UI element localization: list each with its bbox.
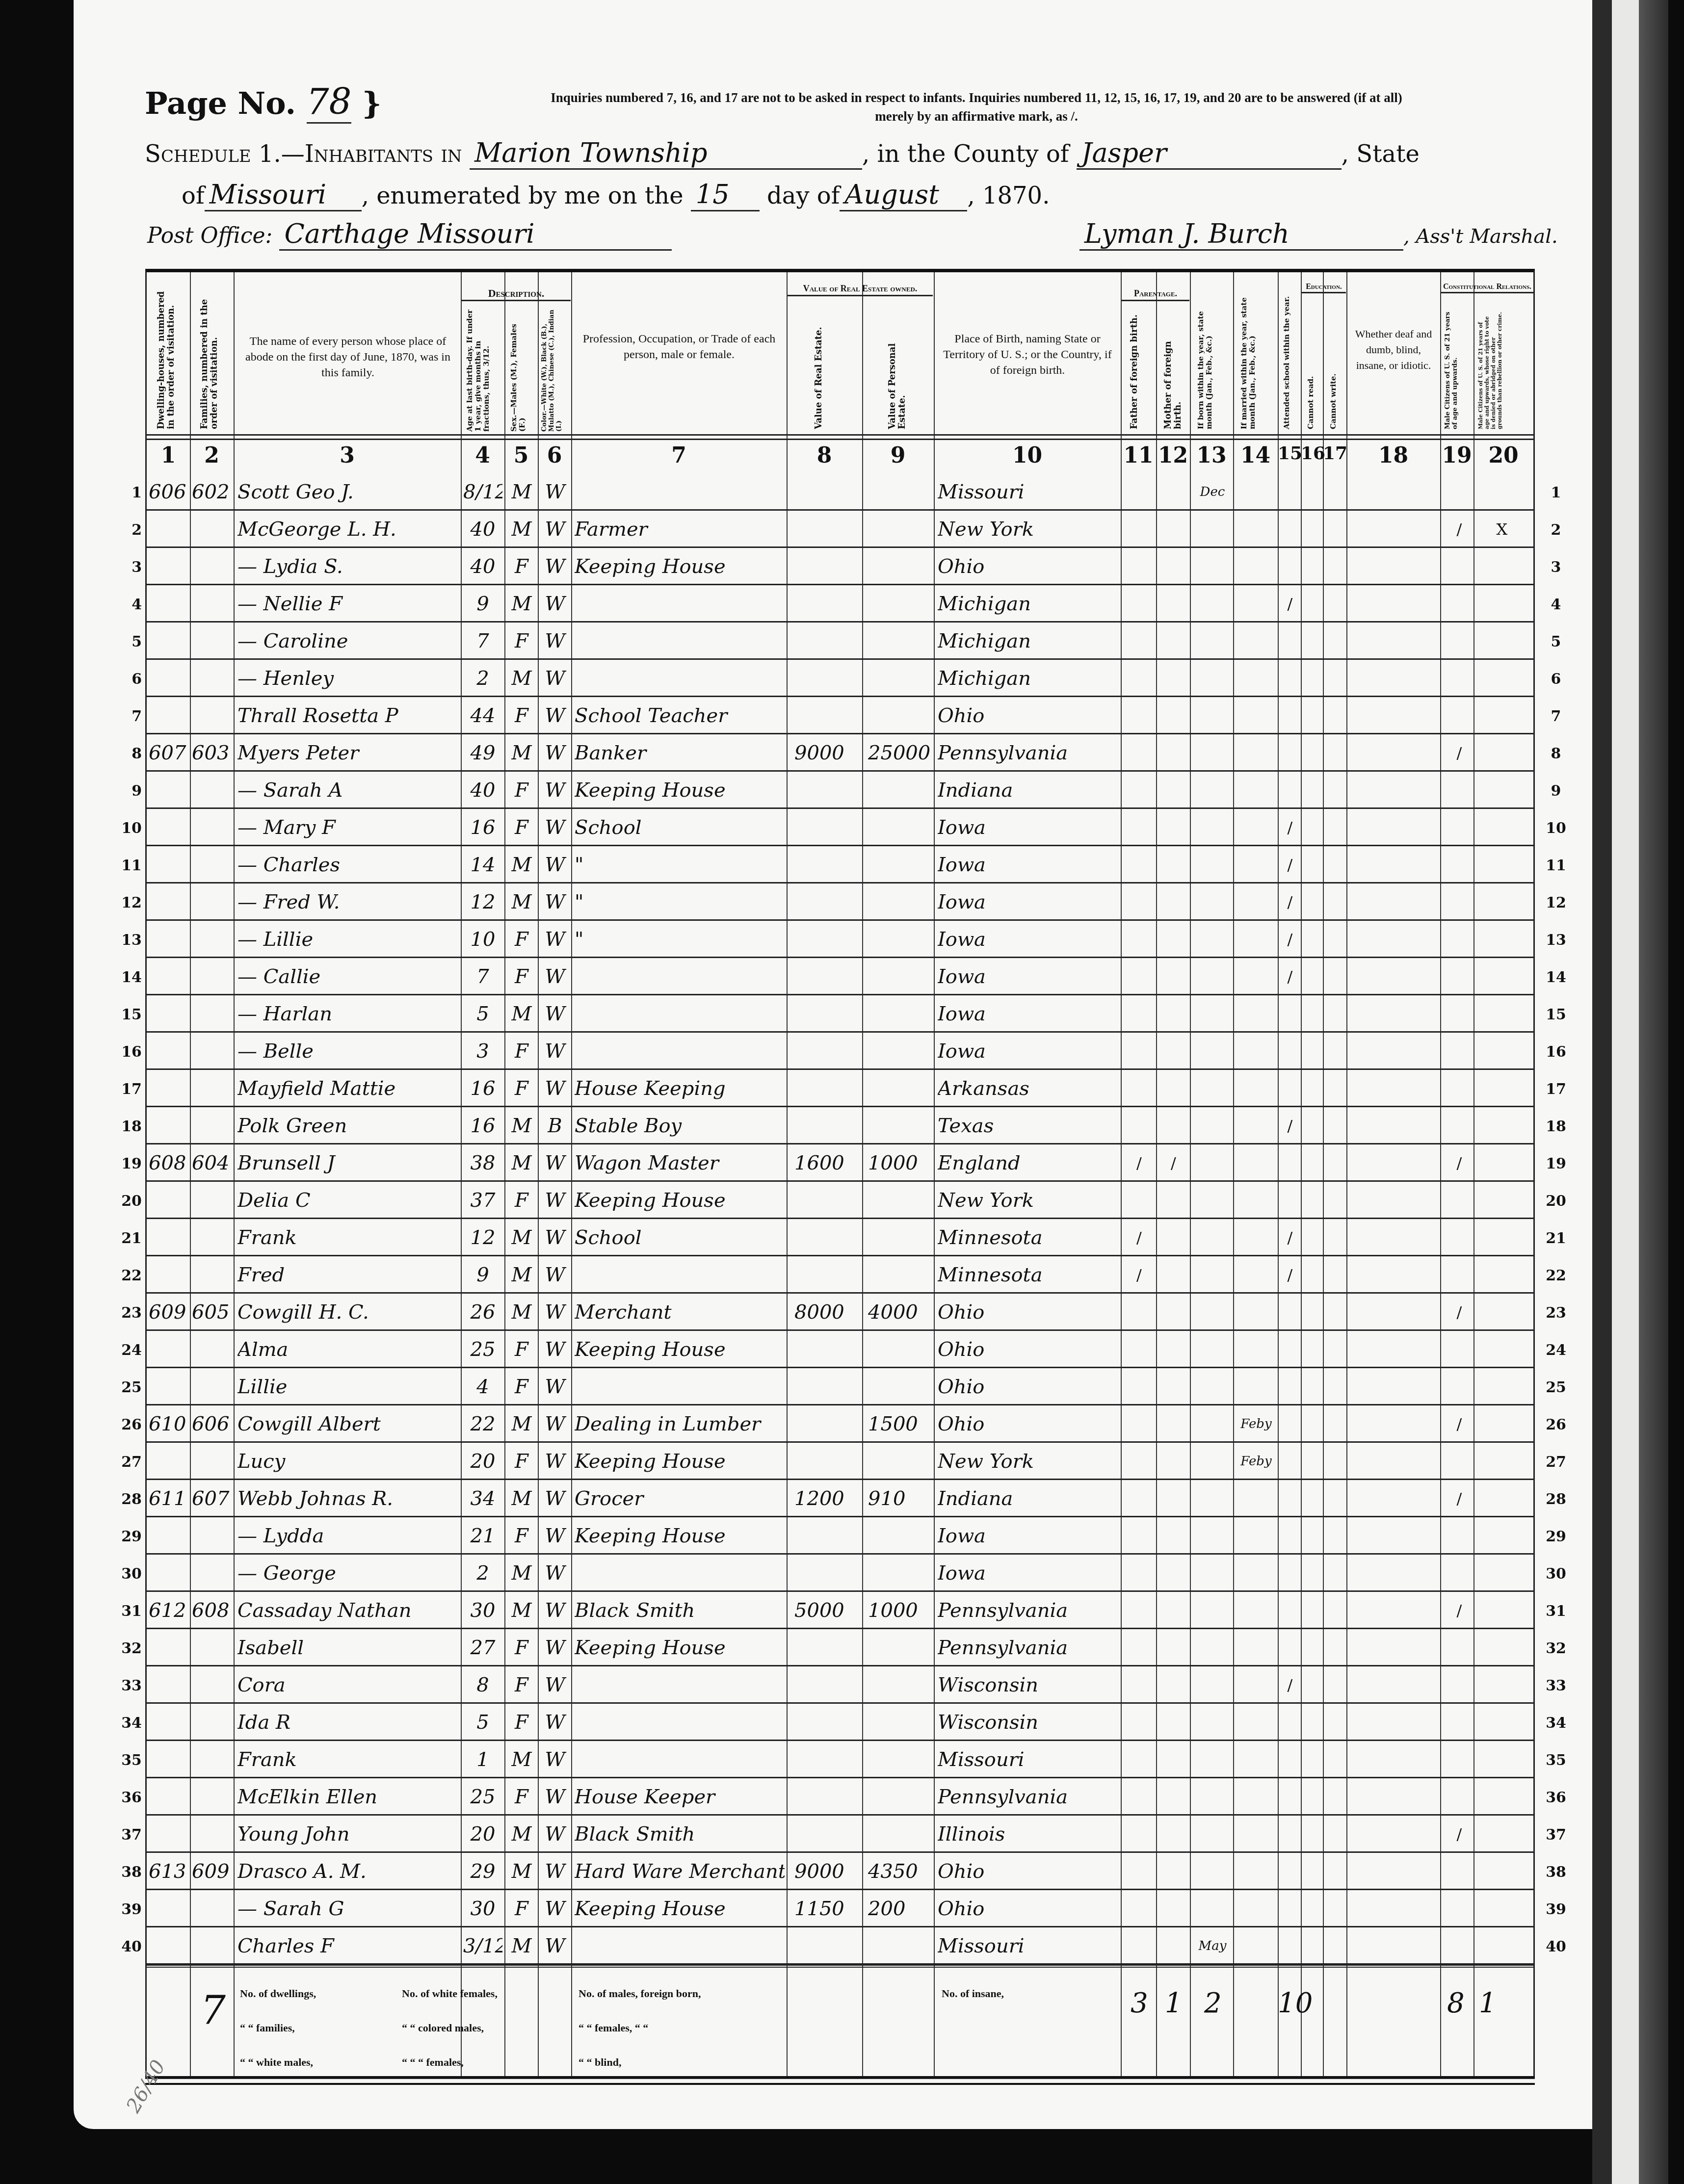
family-number <box>192 1372 232 1402</box>
dwelling-number: 607 <box>149 738 189 768</box>
male-citizen-21 <box>1447 1670 1472 1700</box>
sex: M <box>507 1596 536 1625</box>
male-citizen-21 <box>1447 1186 1472 1215</box>
bottom-rule <box>145 2076 1535 2085</box>
mother-foreign <box>1160 1857 1187 1886</box>
born-within-year <box>1193 1857 1232 1886</box>
vote-denied <box>1477 1372 1526 1402</box>
dwelling-number <box>149 1521 189 1551</box>
male-citizen-21: / <box>1447 1596 1472 1625</box>
family-number <box>192 589 232 619</box>
real-estate-value <box>794 1559 860 1588</box>
family-number <box>192 1782 232 1812</box>
married-within-year <box>1236 887 1276 917</box>
sex: F <box>507 776 536 805</box>
married-within-year <box>1236 477 1276 507</box>
attended-school: / <box>1280 813 1300 842</box>
married-within-year <box>1236 1260 1276 1290</box>
personal-estate-value: 910 <box>868 1484 932 1513</box>
male-citizen-21 <box>1447 1559 1472 1588</box>
row-number-right: 12 <box>1541 894 1571 911</box>
sex: M <box>507 887 536 917</box>
dwelling-number: 611 <box>149 1484 189 1513</box>
vote-denied <box>1477 1670 1526 1700</box>
family-number <box>192 1708 232 1737</box>
real-estate-value <box>794 1111 860 1141</box>
vote-denied <box>1477 1223 1526 1252</box>
age: 40 <box>463 552 502 581</box>
personal-estate-value <box>868 962 932 991</box>
father-foreign <box>1126 552 1153 581</box>
birthplace: Ohio <box>938 1409 1119 1439</box>
header-education: Education. <box>1302 282 1346 293</box>
color: W <box>541 1484 569 1513</box>
occupation: Banker <box>575 738 785 768</box>
male-citizen-21 <box>1447 1931 1472 1961</box>
born-within-year <box>1193 1372 1232 1402</box>
dwelling-number <box>149 515 189 544</box>
male-citizen-21 <box>1447 1260 1472 1290</box>
mother-foreign <box>1160 1298 1187 1327</box>
row-number: 12 <box>117 894 142 911</box>
family-number <box>192 887 232 917</box>
occupation: House Keeping <box>575 1074 785 1103</box>
row-number: 5 <box>117 633 142 650</box>
personal-estate-value <box>868 589 932 619</box>
father-foreign <box>1126 813 1153 842</box>
occupation: Black Smith <box>575 1820 785 1849</box>
color: W <box>541 1708 569 1737</box>
real-estate-value <box>794 962 860 991</box>
family-number <box>192 999 232 1029</box>
county-field: Jasper <box>1077 137 1342 170</box>
dwelling-number <box>149 1335 189 1364</box>
row-number: 19 <box>117 1155 142 1172</box>
page-summary: 7 No. of dwellings, “ “ families, “ “ wh… <box>147 1965 1533 2081</box>
male-citizen-21 <box>1447 1894 1472 1924</box>
vote-denied <box>1477 701 1526 730</box>
dwelling-number <box>149 1745 189 1774</box>
personal-estate-value <box>868 626 932 656</box>
dwelling-number <box>149 1037 189 1066</box>
birthplace: Ohio <box>938 1894 1119 1924</box>
attended-school: / <box>1280 1111 1300 1141</box>
married-within-year <box>1236 1372 1276 1402</box>
person-name: Frank <box>237 1745 458 1774</box>
header-c13: If born within the year, state month (Ja… <box>1197 282 1227 429</box>
color: W <box>541 1782 569 1812</box>
personal-estate-value <box>868 1260 932 1290</box>
personal-estate-value <box>868 1559 932 1588</box>
vote-denied <box>1477 552 1526 581</box>
occupation <box>575 1708 785 1737</box>
male-citizen-21 <box>1447 776 1472 805</box>
attended-school <box>1280 1745 1300 1774</box>
mother-foreign <box>1160 552 1187 581</box>
header-c17: Cannot write. <box>1328 321 1343 429</box>
male-citizen-21 <box>1447 589 1472 619</box>
birthplace: Iowa <box>938 1521 1119 1551</box>
dwelling-number: 609 <box>149 1298 189 1327</box>
male-citizen-21 <box>1447 813 1472 842</box>
color: W <box>541 1148 569 1178</box>
month-field: August <box>840 179 967 211</box>
person-name: Frank <box>237 1223 458 1252</box>
row-number: 21 <box>117 1230 142 1247</box>
person-name: Cowgill Albert <box>237 1409 458 1439</box>
sex: F <box>507 552 536 581</box>
dwelling-number: 612 <box>149 1596 189 1625</box>
family-number <box>192 1447 232 1476</box>
row-number-right: 36 <box>1541 1789 1571 1806</box>
personal-estate-value <box>868 1372 932 1402</box>
occupation: Keeping House <box>575 1894 785 1924</box>
age: 5 <box>463 999 502 1029</box>
occupation <box>575 1670 785 1700</box>
dwelling-number <box>149 1670 189 1700</box>
born-within-year <box>1193 1745 1232 1774</box>
personal-estate-value <box>868 1186 932 1215</box>
dwelling-number <box>149 1931 189 1961</box>
mother-foreign <box>1160 589 1187 619</box>
label-blind: “ “ blind, <box>579 2056 621 2069</box>
table-row: 3030— George2MWIowa <box>147 1555 1533 1592</box>
occupation: Merchant <box>575 1298 785 1327</box>
personal-estate-value <box>868 1521 932 1551</box>
personal-estate-value: 1000 <box>868 1148 932 1178</box>
dwelling-number <box>149 626 189 656</box>
birthplace: Iowa <box>938 813 1119 842</box>
vote-denied <box>1477 1298 1526 1327</box>
occupation: Keeping House <box>575 1521 785 1551</box>
of-label: of <box>182 182 205 209</box>
person-name: Lucy <box>237 1447 458 1476</box>
born-within-year <box>1193 1111 1232 1141</box>
mother-foreign <box>1160 1335 1187 1364</box>
table-row: 3838613609Drasco A. M.29MWHard Ware Merc… <box>147 1853 1533 1890</box>
personal-estate-value <box>868 1820 932 1849</box>
sex: F <box>507 701 536 730</box>
table-row: 3434Ida R5FWWisconsin <box>147 1704 1533 1741</box>
male-citizen-21 <box>1447 477 1472 507</box>
occupation: Grocer <box>575 1484 785 1513</box>
birthplace: Arkansas <box>938 1074 1119 1103</box>
sex: F <box>507 1186 536 1215</box>
sex: F <box>507 1037 536 1066</box>
sex: M <box>507 1745 536 1774</box>
attended-school <box>1280 626 1300 656</box>
father-foreign: / <box>1126 1223 1153 1252</box>
header-constitutional: Constitutional Relations. <box>1441 282 1533 293</box>
color: W <box>541 1820 569 1849</box>
born-within-year <box>1193 738 1232 768</box>
age: 40 <box>463 776 502 805</box>
header-c2: Families, numbered in the order of visit… <box>200 282 229 429</box>
table-row: 2121Frank12MWSchoolMinnesota// <box>147 1219 1533 1256</box>
occupation: Dealing in Lumber <box>575 1409 785 1439</box>
row-number: 39 <box>117 1901 142 1918</box>
colnum-15: 15 <box>1278 443 1301 464</box>
attended-school: / <box>1280 589 1300 619</box>
occupation: Hard Ware Merchant <box>575 1857 785 1886</box>
father-foreign <box>1126 1782 1153 1812</box>
county-label: , in the County of <box>862 140 1069 168</box>
header-c1: Dwelling-houses, numbered in the order o… <box>157 282 186 429</box>
label-insane: No. of insane, <box>942 1987 1004 2000</box>
birthplace: Minnesota <box>938 1223 1119 1252</box>
header-c9: Value of Personal Estate. <box>888 312 907 429</box>
label-females-foreign: “ “ females, “ “ <box>579 2022 648 2034</box>
marshal-signature: Lyman J. Burch <box>1079 218 1403 251</box>
total-c15: 10 <box>1278 1987 1313 2019</box>
row-number: 10 <box>117 820 142 837</box>
color: W <box>541 477 569 507</box>
married-within-year <box>1236 1148 1276 1178</box>
male-citizen-21: / <box>1447 1409 1472 1439</box>
birthplace: Iowa <box>938 925 1119 954</box>
vote-denied <box>1477 887 1526 917</box>
age: 10 <box>463 925 502 954</box>
real-estate-value <box>794 1782 860 1812</box>
father-foreign <box>1126 1894 1153 1924</box>
family-number <box>192 813 232 842</box>
male-citizen-21 <box>1447 552 1472 581</box>
row-number-right: 25 <box>1541 1379 1571 1396</box>
attended-school <box>1280 1894 1300 1924</box>
occupation: Keeping House <box>575 776 785 805</box>
family-number <box>192 1931 232 1961</box>
mother-foreign <box>1160 1782 1187 1812</box>
color: W <box>541 1372 569 1402</box>
sex: F <box>507 1074 536 1103</box>
mother-foreign <box>1160 1596 1187 1625</box>
personal-estate-value <box>868 1745 932 1774</box>
header-c6: Color.—White (W.), Black (B.), Mulatto (… <box>541 309 570 432</box>
table-row: 2828611607Webb Johnas R.34MWGrocer120091… <box>147 1480 1533 1517</box>
age: 5 <box>463 1708 502 1737</box>
mother-foreign <box>1160 776 1187 805</box>
married-within-year: Feby <box>1236 1409 1276 1439</box>
table-row: 3737Young John20MWBlack SmithIllinois/ <box>147 1816 1533 1853</box>
colnum-7: 7 <box>571 443 787 468</box>
dwelling-number <box>149 1111 189 1141</box>
colnum-8: 8 <box>787 443 862 468</box>
birthplace: Illinois <box>938 1820 1119 1849</box>
sex: M <box>507 1559 536 1588</box>
dwelling-number <box>149 850 189 880</box>
dwelling-number <box>149 925 189 954</box>
row-number-right: 2 <box>1541 521 1571 539</box>
row-number-right: 17 <box>1541 1081 1571 1098</box>
born-within-year <box>1193 552 1232 581</box>
color: W <box>541 1223 569 1252</box>
row-number: 35 <box>117 1752 142 1769</box>
personal-estate-value <box>868 776 932 805</box>
born-within-year <box>1193 1186 1232 1215</box>
personal-estate-value <box>868 1670 932 1700</box>
total-c13: 2 <box>1204 1987 1222 2019</box>
family-number: 605 <box>192 1298 232 1327</box>
real-estate-value <box>794 1820 860 1849</box>
table-row: 2222Fred9MWMinnesota// <box>147 1256 1533 1294</box>
sex: M <box>507 1260 536 1290</box>
person-name: Cora <box>237 1670 458 1700</box>
row-number-right: 20 <box>1541 1193 1571 1210</box>
colnum-11: 11 <box>1121 443 1156 468</box>
birthplace: Pennsylvania <box>938 1633 1119 1663</box>
row-number: 15 <box>117 1006 142 1023</box>
table-row: 33— Lydia S.40FWKeeping HouseOhio <box>147 548 1533 585</box>
male-citizen-21 <box>1447 701 1472 730</box>
post-office-label: Post Office: <box>147 223 272 248</box>
birthplace: Indiana <box>938 776 1119 805</box>
sex: F <box>507 962 536 991</box>
sex: F <box>507 1447 536 1476</box>
mother-foreign <box>1160 1708 1187 1737</box>
person-name: Cassaday Nathan <box>237 1596 458 1625</box>
person-name: Drasco A. M. <box>237 1857 458 1886</box>
colnum-14: 14 <box>1233 443 1278 468</box>
personal-estate-value: 25000 <box>868 738 932 768</box>
personal-estate-value: 200 <box>868 1894 932 1924</box>
birthplace: Minnesota <box>938 1260 1119 1290</box>
sex: M <box>507 1484 536 1513</box>
table-row: 2424Alma25FWKeeping HouseOhio <box>147 1331 1533 1368</box>
sex: M <box>507 515 536 544</box>
vote-denied <box>1477 776 1526 805</box>
mother-foreign <box>1160 1260 1187 1290</box>
row-number: 25 <box>117 1379 142 1396</box>
mother-foreign <box>1160 850 1187 880</box>
header-c4: Age at last birth-day. If under 1 year, … <box>466 309 502 432</box>
header-c19: Male Citizens of U. S. of 21 years of ag… <box>1444 312 1472 429</box>
row-number-right: 33 <box>1541 1677 1571 1694</box>
enumerated-label: , enumerated by me on the <box>362 182 684 209</box>
row-number-right: 37 <box>1541 1826 1571 1844</box>
vote-denied <box>1477 1559 1526 1588</box>
person-name: — Sarah G <box>237 1894 458 1924</box>
father-foreign <box>1126 1745 1153 1774</box>
father-foreign: / <box>1126 1260 1153 1290</box>
father-foreign <box>1126 1447 1153 1476</box>
sex: F <box>507 1670 536 1700</box>
father-foreign <box>1126 1931 1153 1961</box>
person-name: — Lydia S. <box>237 552 458 581</box>
occupation: School <box>575 813 785 842</box>
header-c7: Profession, Occupation, or Trade of each… <box>579 331 780 363</box>
sex: M <box>507 850 536 880</box>
attended-school <box>1280 1484 1300 1513</box>
married-within-year <box>1236 515 1276 544</box>
sex: M <box>507 738 536 768</box>
age: 25 <box>463 1335 502 1364</box>
color: W <box>541 1037 569 1066</box>
age: 37 <box>463 1186 502 1215</box>
state-label: , State <box>1342 140 1420 168</box>
person-name: Mayfield Mattie <box>237 1074 458 1103</box>
male-citizen-21 <box>1447 626 1472 656</box>
row-number-right: 38 <box>1541 1864 1571 1881</box>
born-within-year <box>1193 925 1232 954</box>
table-row: 1212— Fred W.12MW"Iowa/ <box>147 884 1533 921</box>
row-number: 30 <box>117 1565 142 1583</box>
personal-estate-value <box>868 1111 932 1141</box>
total-c11: 3 <box>1131 1987 1148 2019</box>
birthplace: Iowa <box>938 1559 1119 1588</box>
family-number <box>192 1559 232 1588</box>
attended-school: / <box>1280 1223 1300 1252</box>
row-number-right: 7 <box>1541 708 1571 725</box>
personal-estate-value <box>868 1931 932 1961</box>
attended-school <box>1280 1708 1300 1737</box>
row-number-right: 32 <box>1541 1640 1571 1657</box>
family-number <box>192 701 232 730</box>
real-estate-value <box>794 626 860 656</box>
sex: F <box>507 1521 536 1551</box>
mother-foreign <box>1160 738 1187 768</box>
family-number: 602 <box>192 477 232 507</box>
mother-foreign <box>1160 701 1187 730</box>
occupation: School Teacher <box>575 701 785 730</box>
sex: F <box>507 1372 536 1402</box>
family-number <box>192 1074 232 1103</box>
mother-foreign <box>1160 1372 1187 1402</box>
table-row: 3333Cora8FWWisconsin/ <box>147 1666 1533 1704</box>
male-citizen-21 <box>1447 1223 1472 1252</box>
real-estate-value <box>794 925 860 954</box>
row-number: 16 <box>117 1043 142 1061</box>
year-label: , 1870. <box>967 182 1050 209</box>
born-within-year <box>1193 1633 1232 1663</box>
day-of-label: day of <box>767 182 840 209</box>
family-number: 606 <box>192 1409 232 1439</box>
real-estate-value <box>794 515 860 544</box>
dwelling-number <box>149 962 189 991</box>
table-row: 1919608604Brunsell J38MWWagon Master1600… <box>147 1144 1533 1182</box>
sex: M <box>507 664 536 693</box>
sex: M <box>507 1148 536 1178</box>
sex: F <box>507 925 536 954</box>
birthplace: Ohio <box>938 552 1119 581</box>
born-within-year <box>1193 1559 1232 1588</box>
person-name: Brunsell J <box>237 1148 458 1178</box>
sex: F <box>507 1708 536 1737</box>
row-number: 38 <box>117 1864 142 1881</box>
column-number-row: 1 2 3 4 5 6 7 8 9 10 11 12 13 14 15 16 1… <box>147 439 1533 472</box>
sex: F <box>507 813 536 842</box>
vote-denied <box>1477 589 1526 619</box>
sex: M <box>507 1931 536 1961</box>
father-foreign <box>1126 1298 1153 1327</box>
header-c14: If married within the year, state month … <box>1240 282 1270 429</box>
age: 26 <box>463 1298 502 1327</box>
married-within-year <box>1236 813 1276 842</box>
male-citizen-21 <box>1447 887 1472 917</box>
mother-foreign <box>1160 925 1187 954</box>
mother-foreign <box>1160 962 1187 991</box>
father-foreign <box>1126 1670 1153 1700</box>
born-within-year <box>1193 626 1232 656</box>
person-name: — George <box>237 1559 458 1588</box>
family-number <box>192 962 232 991</box>
family-number: 609 <box>192 1857 232 1886</box>
person-name: — Harlan <box>237 999 458 1029</box>
dwelling-number <box>149 1074 189 1103</box>
color: W <box>541 1559 569 1588</box>
age: 16 <box>463 1074 502 1103</box>
adjacent-page-edge <box>1612 0 1639 2184</box>
male-citizen-21: / <box>1447 1820 1472 1849</box>
